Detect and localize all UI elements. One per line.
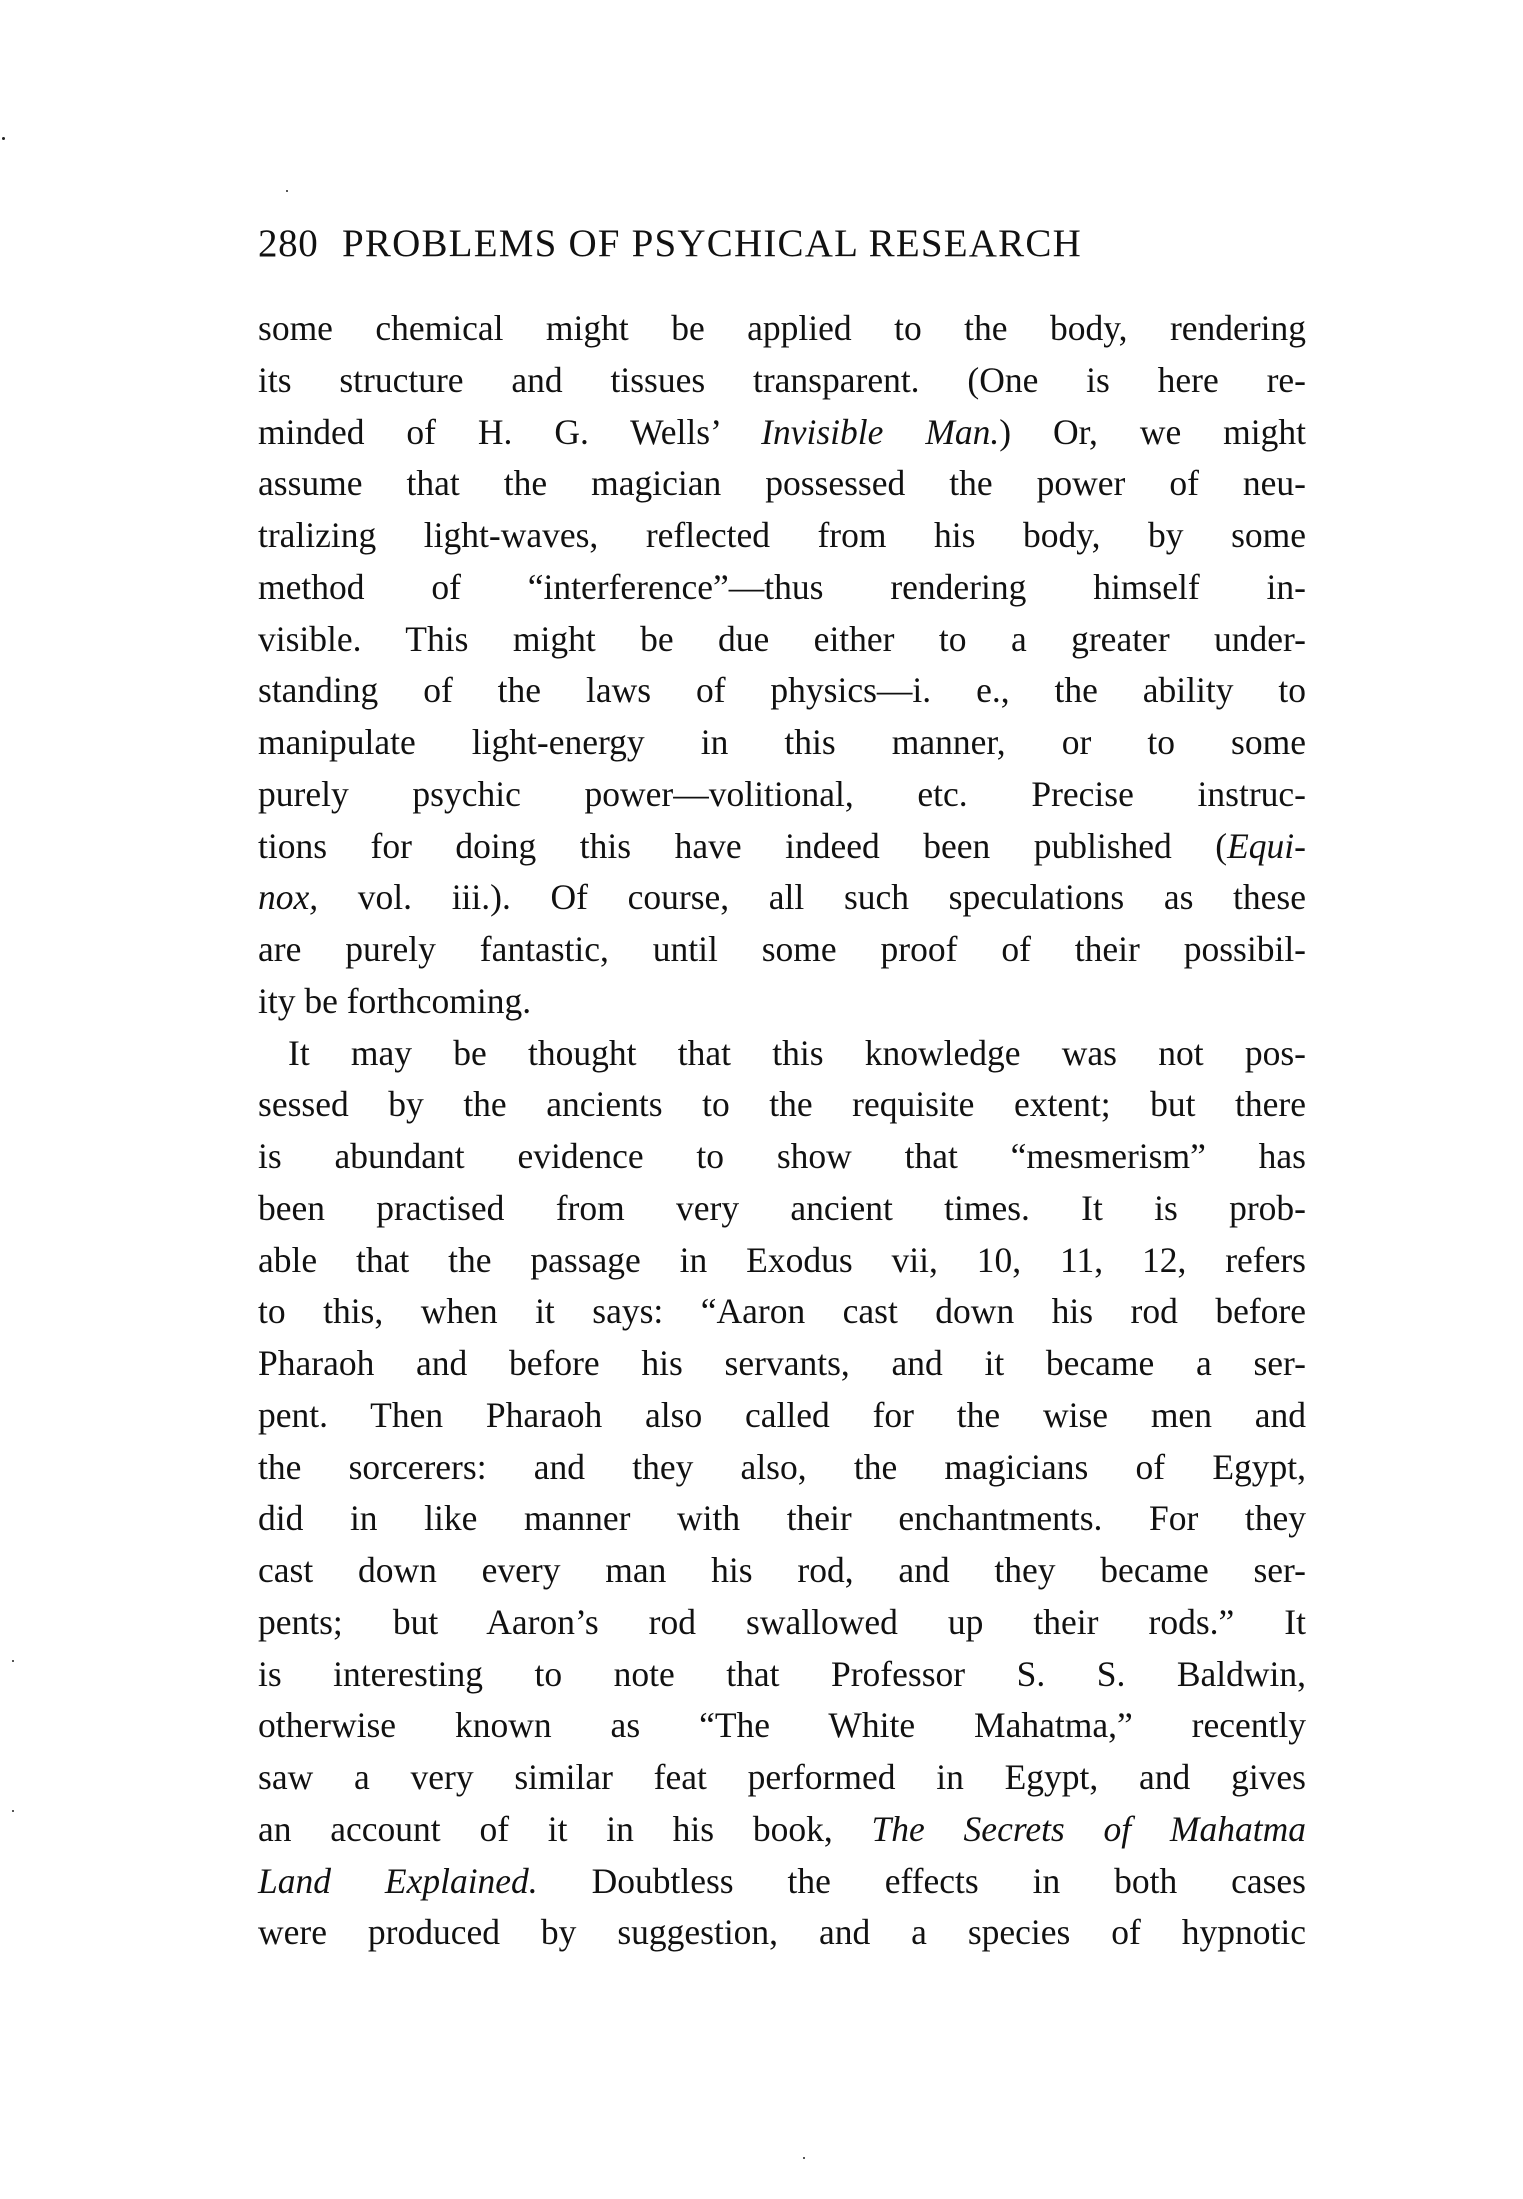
scan-speck	[12, 1810, 14, 1812]
text-run: an account of it in his book,	[258, 1809, 872, 1849]
text-run: assume that the magician possessed the p…	[258, 463, 1306, 503]
italic-text: The Secrets of Mahatma	[872, 1809, 1306, 1849]
text-line: Land Explained. Doubtless the effects in…	[258, 1856, 1306, 1908]
italic-text: nox,	[258, 877, 318, 917]
page-number: 280	[258, 222, 342, 266]
text-line: method of “interference”—thus rendering …	[258, 562, 1306, 614]
text-run: are purely fantastic, until some proof o…	[258, 929, 1306, 969]
text-line: its structure and tissues transparent. (…	[258, 355, 1306, 407]
text-line: ity be forthcoming.	[258, 976, 1306, 1028]
text-run: able that the passage in Exodus vii, 10,…	[258, 1240, 1306, 1280]
text-line: purely psychic power—volitional, etc. Pr…	[258, 769, 1306, 821]
text-run: ity be forthcoming.	[258, 981, 531, 1021]
text-run: sessed by the ancients to the requisite …	[258, 1084, 1306, 1124]
text-run: its structure and tissues transparent. (…	[258, 360, 1306, 400]
text-line: sessed by the ancients to the requisite …	[258, 1079, 1306, 1131]
text-line: Pharaoh and before his servants, and it …	[258, 1338, 1306, 1390]
text-line: nox, vol. iii.). Of course, all such spe…	[258, 872, 1306, 924]
text-run: Doubtless the effects in both cases	[538, 1861, 1306, 1901]
text-run: method of “interference”—thus rendering …	[258, 567, 1306, 607]
text-run: visible. This might be due either to a g…	[258, 619, 1306, 659]
text-line: pents; but Aaron’s rod swallowed up thei…	[258, 1597, 1306, 1649]
text-line: the sorcerers: and they also, the magici…	[258, 1442, 1306, 1494]
paragraph: some chemical might be applied to the bo…	[258, 303, 1306, 1028]
text-run: It may be thought that this knowledge wa…	[288, 1033, 1306, 1073]
italic-text: Equi-	[1227, 826, 1306, 866]
text-run: tralizing light-waves, reflected from hi…	[258, 515, 1306, 555]
text-line: been practised from very ancient times. …	[258, 1183, 1306, 1235]
text-run: minded of H. G. Wells’	[258, 412, 761, 452]
text-run: pents; but Aaron’s rod swallowed up thei…	[258, 1602, 1306, 1642]
text-line: tralizing light-waves, reflected from hi…	[258, 510, 1306, 562]
text-run: vol. iii.). Of course, all such speculat…	[318, 877, 1306, 917]
body-text: some chemical might be applied to the bo…	[258, 303, 1306, 1959]
paragraph: It may be thought that this knowledge wa…	[258, 1028, 1306, 1960]
text-run: saw a very similar feat performed in Egy…	[258, 1757, 1306, 1797]
text-run: to this, when it says: “Aaron cast down …	[258, 1291, 1306, 1331]
text-run: cast down every man his rod, and they be…	[258, 1550, 1306, 1590]
italic-text: Invisible Man.	[761, 412, 999, 452]
text-line: able that the passage in Exodus vii, 10,…	[258, 1235, 1306, 1287]
text-run: otherwise known as “The White Mahatma,” …	[258, 1705, 1306, 1745]
text-line: some chemical might be applied to the bo…	[258, 303, 1306, 355]
text-run: the sorcerers: and they also, the magici…	[258, 1447, 1306, 1487]
text-line: otherwise known as “The White Mahatma,” …	[258, 1700, 1306, 1752]
text-line: is interesting to note that Professor S.…	[258, 1649, 1306, 1701]
text-line: tions for doing this have indeed been pu…	[258, 821, 1306, 873]
text-line: It may be thought that this knowledge wa…	[258, 1028, 1306, 1080]
text-run: ) Or, we might	[999, 412, 1306, 452]
text-line: saw a very similar feat performed in Egy…	[258, 1752, 1306, 1804]
text-line: visible. This might be due either to a g…	[258, 614, 1306, 666]
text-line: pent. Then Pharaoh also called for the w…	[258, 1390, 1306, 1442]
text-line: minded of H. G. Wells’ Invisible Man.) O…	[258, 407, 1306, 459]
scan-speck	[286, 190, 288, 192]
text-line: an account of it in his book, The Secret…	[258, 1804, 1306, 1856]
text-run: pent. Then Pharaoh also called for the w…	[258, 1395, 1306, 1435]
scan-speck	[12, 1660, 14, 1662]
scan-speck	[2, 137, 5, 140]
text-run: Pharaoh and before his servants, and it …	[258, 1343, 1306, 1383]
text-run: tions for doing this have indeed been pu…	[258, 826, 1227, 866]
book-page: 280PROBLEMS OF PSYCHICAL RESEARCH some c…	[0, 0, 1523, 2199]
text-run: were produced by suggestion, and a speci…	[258, 1912, 1306, 1952]
text-run: is interesting to note that Professor S.…	[258, 1654, 1306, 1694]
text-line: to this, when it says: “Aaron cast down …	[258, 1286, 1306, 1338]
text-run: some chemical might be applied to the bo…	[258, 308, 1306, 348]
text-run: been practised from very ancient times. …	[258, 1188, 1306, 1228]
text-line: assume that the magician possessed the p…	[258, 458, 1306, 510]
text-line: standing of the laws of physics—i. e., t…	[258, 665, 1306, 717]
text-line: are purely fantastic, until some proof o…	[258, 924, 1306, 976]
text-line: is abundant evidence to show that “mesme…	[258, 1131, 1306, 1183]
italic-text: Land Explained.	[258, 1861, 538, 1901]
text-run: standing of the laws of physics—i. e., t…	[258, 670, 1306, 710]
text-line: were produced by suggestion, and a speci…	[258, 1907, 1306, 1959]
text-run: did in like manner with their enchantmen…	[258, 1498, 1306, 1538]
running-head-title: PROBLEMS OF PSYCHICAL RESEARCH	[342, 222, 1082, 266]
text-line: cast down every man his rod, and they be…	[258, 1545, 1306, 1597]
text-run: is abundant evidence to show that “mesme…	[258, 1136, 1306, 1176]
text-line: did in like manner with their enchantmen…	[258, 1493, 1306, 1545]
text-run: purely psychic power—volitional, etc. Pr…	[258, 774, 1306, 814]
text-run: manipulate light-energy in this manner, …	[258, 722, 1306, 762]
running-head: 280PROBLEMS OF PSYCHICAL RESEARCH	[258, 222, 1268, 266]
scan-speck	[803, 2157, 805, 2159]
text-line: manipulate light-energy in this manner, …	[258, 717, 1306, 769]
